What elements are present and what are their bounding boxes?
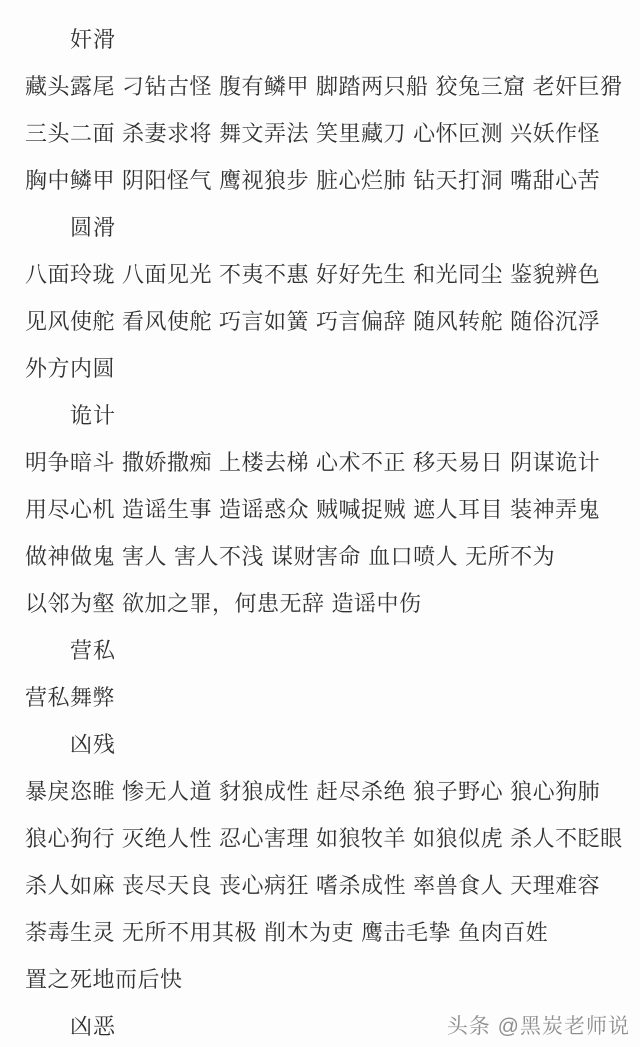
idiom-line: 暴戾恣睢惨无人道豺狼成性赶尽杀绝狼子野心狼心狗肺 bbox=[25, 768, 632, 815]
watermark: 头条 @黑炭老师说 bbox=[447, 1010, 630, 1040]
idiom-line: 明争暗斗撒娇撒痴上楼去梯心术不正移天易日阴谋诡计 bbox=[25, 439, 632, 486]
idiom-line: 以邻为壑欲加之罪，何患无辞造谣中伤 bbox=[25, 580, 632, 627]
idiom: 看风使舵 bbox=[122, 309, 212, 334]
idiom: 狼心狗肺 bbox=[510, 779, 600, 804]
idiom: 忍心害理 bbox=[219, 826, 309, 851]
document-page: 奸滑藏头露尾刁钻古怪腹有鳞甲脚踏两只船狡兔三窟老奸巨猾三头二面杀妻求将舞文弄法笑… bbox=[0, 0, 640, 1047]
idiom-line: 藏头露尾刁钻古怪腹有鳞甲脚踏两只船狡兔三窟老奸巨猾 bbox=[25, 63, 632, 110]
idiom: 造谣惑众 bbox=[219, 497, 309, 522]
idiom: 嘴甜心苦 bbox=[510, 168, 600, 193]
idiom: 暴戾恣睢 bbox=[25, 779, 115, 804]
idiom-line: 置之死地而后快 bbox=[25, 956, 632, 1003]
idiom: 如狼似虎 bbox=[413, 826, 503, 851]
idiom: 造谣生事 bbox=[122, 497, 212, 522]
idiom-list: 奸滑藏头露尾刁钻古怪腹有鳞甲脚踏两只船狡兔三窟老奸巨猾三头二面杀妻求将舞文弄法笑… bbox=[0, 0, 640, 1047]
idiom: 八面见光 bbox=[122, 262, 212, 287]
section-title: 奸滑 bbox=[25, 16, 632, 63]
idiom: 天理难容 bbox=[510, 873, 600, 898]
idiom: 胸中鳞甲 bbox=[25, 168, 115, 193]
idiom: 见风使舵 bbox=[25, 309, 115, 334]
idiom: 腹有鳞甲 bbox=[219, 74, 309, 99]
idiom: 巧言如簧 bbox=[219, 309, 309, 334]
idiom: 兴妖作怪 bbox=[510, 121, 600, 146]
idiom-line: 荼毒生灵无所不用其极削木为吏鹰击毛挚鱼肉百姓 bbox=[25, 909, 632, 956]
idiom: 豺狼成性 bbox=[219, 779, 309, 804]
idiom: 丧尽天良 bbox=[122, 873, 212, 898]
idiom: 明争暗斗 bbox=[25, 450, 115, 475]
idiom: 刁钻古怪 bbox=[122, 74, 212, 99]
idiom: 脏心烂肺 bbox=[316, 168, 406, 193]
idiom: 老奸巨猾 bbox=[533, 74, 623, 99]
idiom: 杀人如麻 bbox=[25, 873, 115, 898]
idiom: 杀妻求将 bbox=[122, 121, 212, 146]
idiom: 惨无人道 bbox=[122, 779, 212, 804]
idiom: 置之死地而后快 bbox=[25, 967, 183, 992]
idiom: 嗜杀成性 bbox=[316, 873, 406, 898]
idiom: 阴阳怪气 bbox=[122, 168, 212, 193]
idiom: 害人不浅 bbox=[174, 544, 264, 569]
idiom: 狼心狗行 bbox=[25, 826, 115, 851]
idiom: 笑里藏刀 bbox=[316, 121, 406, 146]
idiom: 心怀叵测 bbox=[413, 121, 503, 146]
idiom-line: 胸中鳞甲阴阳怪气鹰视狼步脏心烂肺钻天打洞嘴甜心苦 bbox=[25, 157, 632, 204]
idiom: 上楼去梯 bbox=[219, 450, 309, 475]
idiom: 血口喷人 bbox=[368, 544, 458, 569]
idiom-line: 三头二面杀妻求将舞文弄法笑里藏刀心怀叵测兴妖作怪 bbox=[25, 110, 632, 157]
idiom: 好好先生 bbox=[316, 262, 406, 287]
idiom: 舞文弄法 bbox=[219, 121, 309, 146]
idiom: 害人 bbox=[122, 544, 167, 569]
idiom: 巧言偏辞 bbox=[316, 309, 406, 334]
idiom-line: 杀人如麻丧尽天良丧心病狂嗜杀成性率兽食人天理难容 bbox=[25, 862, 632, 909]
idiom-line: 营私舞弊 bbox=[25, 674, 632, 721]
idiom: 欲加之罪，何患无辞 bbox=[122, 591, 325, 616]
idiom: 鹰击毛挚 bbox=[361, 920, 451, 945]
idiom: 营私舞弊 bbox=[25, 685, 115, 710]
idiom: 丧心病狂 bbox=[219, 873, 309, 898]
idiom: 如狼牧羊 bbox=[316, 826, 406, 851]
idiom: 灭绝人性 bbox=[122, 826, 212, 851]
idiom: 随风转舵 bbox=[413, 309, 503, 334]
idiom: 脚踏两只船 bbox=[316, 74, 429, 99]
idiom: 装神弄鬼 bbox=[510, 497, 600, 522]
idiom-line: 见风使舵看风使舵巧言如簧巧言偏辞随风转舵随俗沉浮 bbox=[25, 298, 632, 345]
section-title: 凶残 bbox=[25, 721, 632, 768]
idiom-line: 用尽心机造谣生事造谣惑众贼喊捉贼遮人耳目装神弄鬼 bbox=[25, 486, 632, 533]
idiom: 和光同尘 bbox=[413, 262, 503, 287]
idiom: 遮人耳目 bbox=[413, 497, 503, 522]
idiom: 撒娇撒痴 bbox=[122, 450, 212, 475]
idiom: 鱼肉百姓 bbox=[458, 920, 548, 945]
idiom: 鉴貌辨色 bbox=[510, 262, 600, 287]
idiom: 荼毒生灵 bbox=[25, 920, 115, 945]
idiom: 造谣中伤 bbox=[332, 591, 422, 616]
idiom: 削木为吏 bbox=[264, 920, 354, 945]
idiom: 八面玲珑 bbox=[25, 262, 115, 287]
idiom: 做神做鬼 bbox=[25, 544, 115, 569]
idiom: 移天易日 bbox=[413, 450, 503, 475]
idiom: 谋财害命 bbox=[271, 544, 361, 569]
idiom: 藏头露尾 bbox=[25, 74, 115, 99]
idiom: 贼喊捉贼 bbox=[316, 497, 406, 522]
idiom-line: 狼心狗行灭绝人性忍心害理如狼牧羊如狼似虎杀人不眨眼 bbox=[25, 815, 632, 862]
idiom: 阴谋诡计 bbox=[510, 450, 600, 475]
idiom-line: 做神做鬼害人害人不浅谋财害命血口喷人无所不为 bbox=[25, 533, 632, 580]
idiom: 用尽心机 bbox=[25, 497, 115, 522]
section-title: 营私 bbox=[25, 627, 632, 674]
idiom: 率兽食人 bbox=[413, 873, 503, 898]
idiom: 赶尽杀绝 bbox=[316, 779, 406, 804]
idiom-line: 八面玲珑八面见光不夷不惠好好先生和光同尘鉴貌辨色 bbox=[25, 251, 632, 298]
idiom: 外方内圆 bbox=[25, 356, 115, 381]
idiom: 狼子野心 bbox=[413, 779, 503, 804]
idiom: 狡兔三窟 bbox=[436, 74, 526, 99]
idiom: 鹰视狼步 bbox=[219, 168, 309, 193]
section-title: 诡计 bbox=[25, 392, 632, 439]
idiom: 以邻为壑 bbox=[25, 591, 115, 616]
idiom-line: 外方内圆 bbox=[25, 345, 632, 392]
idiom: 随俗沉浮 bbox=[510, 309, 600, 334]
idiom: 杀人不眨眼 bbox=[510, 826, 623, 851]
idiom: 不夷不惠 bbox=[219, 262, 309, 287]
idiom: 钻天打洞 bbox=[413, 168, 503, 193]
idiom: 心术不正 bbox=[316, 450, 406, 475]
section-title: 圆滑 bbox=[25, 204, 632, 251]
idiom: 无所不为 bbox=[465, 544, 555, 569]
idiom: 三头二面 bbox=[25, 121, 115, 146]
idiom: 无所不用其极 bbox=[122, 920, 257, 945]
